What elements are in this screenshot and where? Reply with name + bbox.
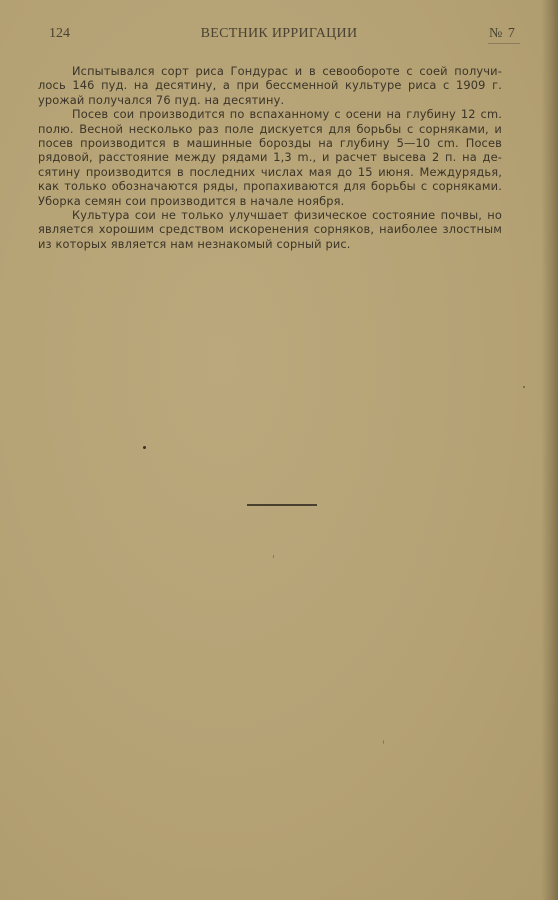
section-end-rule (247, 504, 317, 506)
paper-speck (273, 555, 274, 558)
text-line: рядовой, расстояние между рядами 1,3 m.,… (38, 150, 502, 164)
text-line: посев производится в машинные борозды на… (38, 136, 502, 150)
scanned-page: 124 ВЕСТНИК ИРРИГАЦИИ № 7 Испытывался со… (0, 0, 558, 900)
text-line: как только обозначаются ряды, пропахиваю… (38, 179, 502, 193)
text-line: полю. Весной несколько раз поле дискуетс… (38, 122, 502, 136)
text-line: Испытывался сорт риса Гондурас и в севоо… (38, 64, 502, 78)
paper-speck (523, 386, 525, 388)
paper-speck (383, 740, 384, 744)
article-body: Испытывался сорт риса Гондурас и в севоо… (38, 64, 502, 251)
text-line: урожай получался 76 пуд. на десятину. (38, 93, 502, 107)
text-line: Культура сои не только улучшает физическ… (38, 208, 502, 222)
issue-number: № 7 (489, 26, 516, 42)
paragraph-1: Испытывался сорт риса Гондурас и в севоо… (38, 64, 502, 107)
paper-speck (143, 446, 146, 449)
running-head: 124 ВЕСТНИК ИРРИГАЦИИ № 7 (0, 26, 558, 46)
text-line: из которых является нам незнакомый сорны… (38, 237, 502, 251)
text-line: Посев сои производится по вспаханному с … (38, 107, 502, 121)
journal-title: ВЕСТНИК ИРРИГАЦИИ (0, 26, 558, 42)
text-line: Уборка семян сои производится в начале н… (38, 194, 502, 208)
header-rule (488, 43, 520, 44)
paragraph-2: Посев сои производится по вспаханному с … (38, 107, 502, 208)
text-line: лось 146 пуд. на десятину, а при бессмен… (38, 78, 502, 92)
paragraph-3: Культура сои не только улучшает физическ… (38, 208, 502, 251)
text-line: является хорошим средством искоренения с… (38, 222, 502, 236)
text-line: сятину производится в последних числах м… (38, 165, 502, 179)
